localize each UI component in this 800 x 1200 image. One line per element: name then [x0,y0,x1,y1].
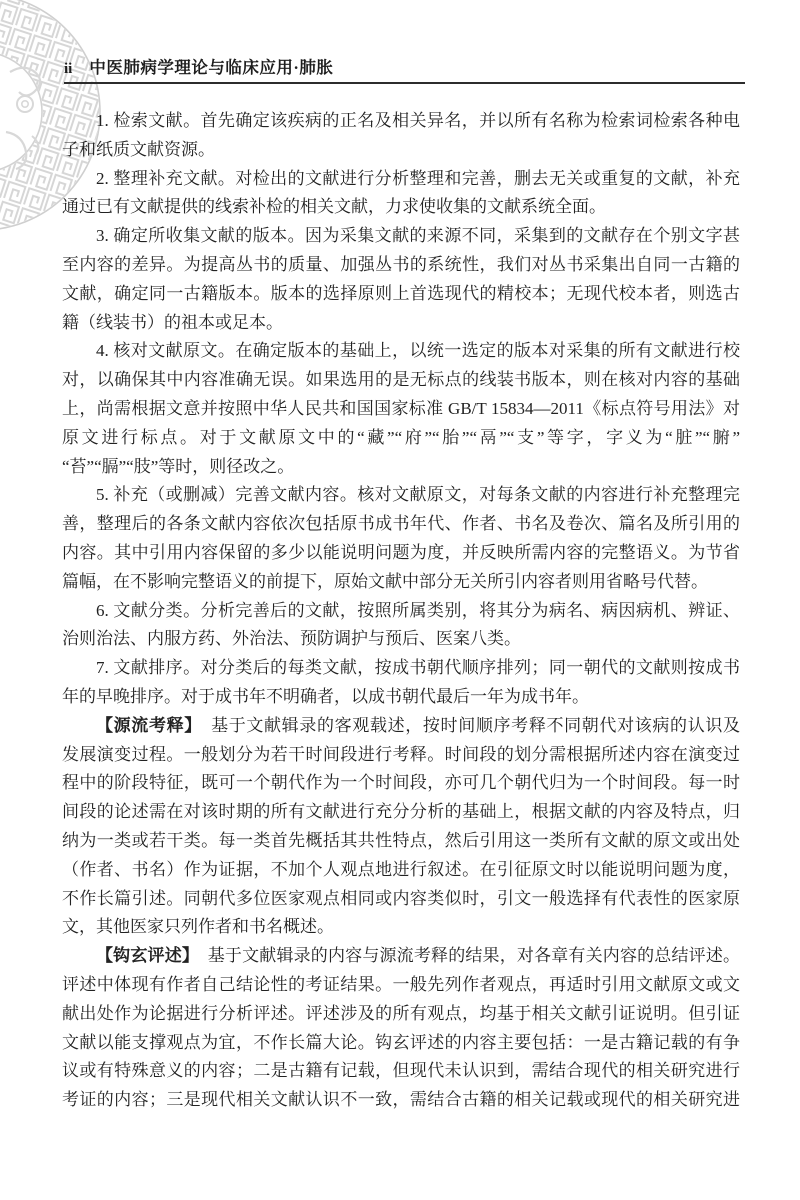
text-line: 纳为一类或若干类。每一类首先概括其共性特点，然后引用这一类所有文献的原文或出处 [62,827,740,856]
text-line: “苔”“膈”“肢”等时，则径改之。 [62,453,740,482]
section-paragraph: 【钩玄评述】 基于文献辑录的内容与源流考释的结果，对各章有关内容的总结评述。评述… [62,942,740,1115]
text-line: 1. 检索文献。首先确定该疾病的正名及相关异名，并以所有名称为检索词检索各种电 [62,107,740,136]
numbered-paragraph: 3. 确定所收集文献的版本。因为采集文献的来源不同，采集到的文献存在个别文字甚至… [62,222,740,337]
text-line: 年的早晚排序。对于成书年不明确者，以成书朝代最后一年为成书年。 [62,683,740,712]
text-line: 2. 整理补充文献。对检出的文献进行分析整理和完善，删去无关或重复的文献，补充 [62,165,740,194]
numbered-paragraph: 4. 核对文献原文。在确定版本的基础上，以统一选定的版本对采集的所有文献进行校对… [62,337,740,481]
text-line: 文，其他医家只列作者和书名概述。 [62,913,740,942]
text-line: 上，尚需根据文意并按照中华人民共和国国家标准 GB/T 15834—2011《标… [62,395,740,424]
numbered-paragraph: 5. 补充（或删减）完善文献内容。核对文献原文，对每条文献的内容进行补充整理完善… [62,481,740,596]
book-page: ii 中医肺病学理论与临床应用·肺胀 1. 检索文献。首先确定该疾病的正名及相关… [0,0,800,1200]
text-line: 文献以能支撑观点为宜，不作长篇大论。钩玄评述的内容主要包括：一是古籍记载的有争 [62,1029,740,1058]
section-label: 【源流考释】 [96,716,193,735]
text-line: 【源流考释】 基于文献辑录的客观载述，按时间顺序考释不同朝代对该病的认识及 [62,712,740,741]
text-line: 篇幅，在不影响完整语义的前提下，原始文献中部分无关所引内容者则用省略号代替。 [62,568,740,597]
text-line: 间段的论述需在对该时期的所有文献进行充分分析的基础上，根据文献的内容及特点，归 [62,798,740,827]
text-line: 5. 补充（或删减）完善文献内容。核对文献原文，对每条文献的内容进行补充整理完 [62,481,740,510]
text-line: 通过已有文献提供的线索补检的相关文献，力求使收集的文献系统全面。 [62,193,740,222]
text-line: 籍（线装书）的祖本或足本。 [62,309,740,338]
text-line: 原文进行标点。对于文献原文中的“藏”“府”“胎”“鬲”“支”等字，字义为“脏”“… [62,424,740,453]
text-line: 6. 文献分类。分析完善后的文献，按照所属类别，将其分为病名、病因病机、辨证、 [62,597,740,626]
text-line: 至内容的差异。为提高丛书的质量、加强丛书的系统性，我们对丛书采集出自同一古籍的 [62,251,740,280]
book-title: 中医肺病学理论与临床应用·肺胀 [89,54,333,78]
page-number: ii [64,61,72,78]
text-line: 7. 文献排序。对分类后的每类文献，按成书朝代顺序排列；同一朝代的文献则按成书 [62,654,740,683]
numbered-paragraph: 6. 文献分类。分析完善后的文献，按照所属类别，将其分为病名、病因病机、辨证、治… [62,597,740,655]
numbered-paragraph: 2. 整理补充文献。对检出的文献进行分析整理和完善，删去无关或重复的文献，补充通… [62,165,740,223]
numbered-paragraph: 1. 检索文献。首先确定该疾病的正名及相关异名，并以所有名称为检索词检索各种电子… [62,107,740,165]
text-line: （作者、书名）作为证据，不加个人观点地进行叙述。在引征原文时以能说明问题为度， [62,856,740,885]
text-line: 【钩玄评述】 基于文献辑录的内容与源流考释的结果，对各章有关内容的总结评述。 [62,942,740,971]
text-line: 考证的内容；三是现代相关文献认识不一致，需结合古籍的相关记载或现代的相关研究进 [62,1086,740,1115]
text-line: 3. 确定所收集文献的版本。因为采集文献的来源不同，采集到的文献存在个别文字甚 [62,222,740,251]
text-line: 评述中体现有作者自己结论性的考证结果。一般先列作者观点，再适时引用文献原文或文 [62,971,740,1000]
text-line: 内容。其中引用内容保留的多少以能说明问题为度，并反映所需内容的完整语义。为节省 [62,539,740,568]
text-line: 不作长篇引述。同朝代多位医家观点相同或内容类似时，引文一般选择有代表性的医家原 [62,885,740,914]
text-line: 文献，确定同一古籍版本。版本的选择原则上首选现代的精校本；无现代校本者，则选古 [62,280,740,309]
header-rule [64,82,745,84]
page-header: ii 中医肺病学理论与临床应用·肺胀 [64,54,744,78]
text-line: 子和纸质文献资源。 [62,136,740,165]
body-text: 1. 检索文献。首先确定该疾病的正名及相关异名，并以所有名称为检索词检索各种电子… [62,107,740,1115]
text-line: 对，以确保其中内容准确无误。如果选用的是无标点的线装书版本，则在核对内容的基础 [62,366,740,395]
section-label: 【钩玄评述】 [96,946,191,965]
text-line: 治则治法、内服方药、外治法、预防调护与预后、医案八类。 [62,625,740,654]
text-line: 善，整理后的各条文献内容依次包括原书成书年代、作者、书名及卷次、篇名及所引用的 [62,510,740,539]
text-line: 议或有特殊意义的内容；二是古籍有记载，但现代未认识到，需结合现代的相关研究进行 [62,1057,740,1086]
section-paragraph: 【源流考释】 基于文献辑录的客观载述，按时间顺序考释不同朝代对该病的认识及发展演… [62,712,740,942]
text-line: 献出处作为论据进行分析评述。评述涉及的所有观点，均基于相关文献引证说明。但引证 [62,1000,740,1029]
text-line: 4. 核对文献原文。在确定版本的基础上，以统一选定的版本对采集的所有文献进行校 [62,337,740,366]
numbered-paragraph: 7. 文献排序。对分类后的每类文献，按成书朝代顺序排列；同一朝代的文献则按成书年… [62,654,740,712]
text-line: 发展演变过程。一般划分为若干时间段进行考释。时间段的划分需根据所述内容在演变过 [62,741,740,770]
text-line: 程中的阶段特征，既可一个朝代作为一个时间段，亦可几个朝代归为一个时间段。每一时 [62,769,740,798]
